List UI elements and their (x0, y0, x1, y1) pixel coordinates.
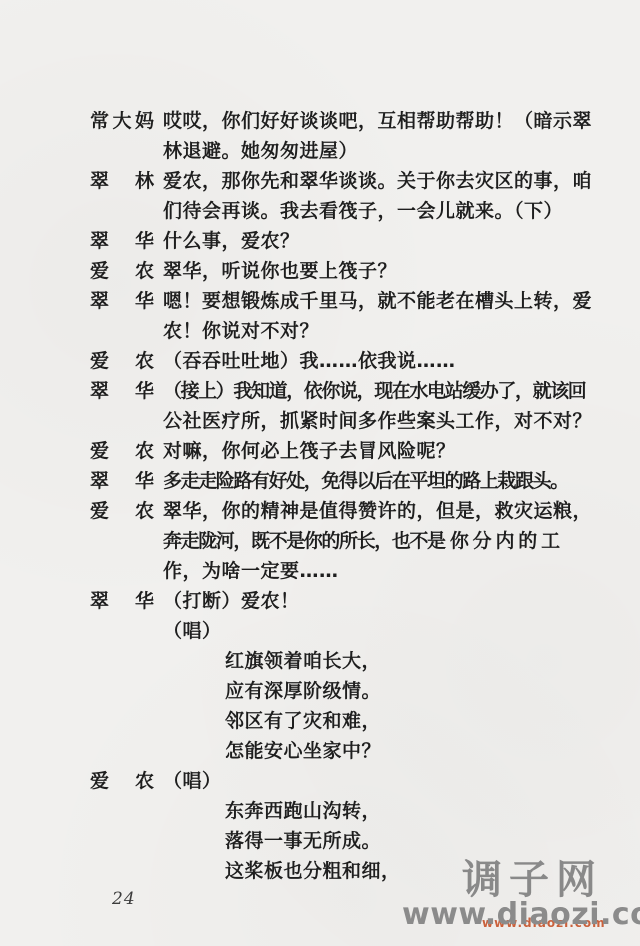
speaker-name: 翠林 (90, 166, 154, 196)
script-line: 爱农翠华，你的精神是值得赞许的，但是，救灾运粮， (90, 496, 600, 526)
speaker-name (90, 796, 154, 826)
script-line: （唱） (90, 616, 600, 646)
script-line: 红旗领着咱长大， (90, 646, 600, 676)
speaker-name: 常大妈 (90, 106, 154, 136)
speaker-name: 翠华 (90, 466, 154, 496)
script-line: 爱农（吞吞吐吐地）我……依我说…… (90, 346, 600, 376)
dialogue-text: 翠华，听说你也要上筏子？ (163, 256, 397, 286)
script-line: 翠华（打断）爱农！ (90, 586, 600, 616)
dialogue-text: 哎哎，你们好好谈谈吧，互相帮助帮助！（暗示翠 (163, 106, 592, 136)
speaker-name (90, 316, 154, 346)
script-line: 翠华嗯！要想锻炼成千里马，就不能老在槽头上转，爱 (90, 286, 600, 316)
watermark-site-url: www.diaozi.com (402, 897, 640, 932)
speaker-name (90, 856, 154, 886)
script-line: 奔走陇河，既不是你的所长，也不是 你 分 内 的 工 (90, 526, 600, 556)
dialogue-text: 嗯！要想锻炼成千里马，就不能老在槽头上转，爱 (163, 286, 592, 316)
speaker-name (90, 706, 154, 736)
speaker-name (90, 406, 154, 436)
speaker-name (90, 826, 154, 856)
script-line: 公社医疗所，抓紧时间多作些案头工作，对不对？ (90, 406, 600, 436)
dialogue-text: （吞吞吐吐地）我……依我说…… (163, 346, 456, 376)
script-line: 林退避。她匆匆进屋） (90, 136, 600, 166)
speaker-name (90, 196, 154, 226)
script-line: 应有深厚阶级情。 (90, 676, 600, 706)
speaker-name: 翠华 (90, 376, 154, 406)
script-lines: 常大妈哎哎，你们好好谈谈吧，互相帮助帮助！（暗示翠林退避。她匆匆进屋）翠林爱农，… (90, 106, 600, 886)
dialogue-text: 奔走陇河，既不是你的所长，也不是 你 分 内 的 工 (163, 526, 559, 556)
script-line: 邻区有了灾和难， (90, 706, 600, 736)
watermark-site-name: 调子网 (462, 858, 603, 902)
script-line: 翠华多走走险路有好处，免得以后在平坦的路上栽跟头。 (90, 466, 600, 496)
script-line: 爱农对嘛，你何必上筏子去冒风险呢？ (90, 436, 600, 466)
speaker-name: 翠华 (90, 586, 154, 616)
page-number: 24 (112, 889, 136, 909)
dialogue-text: （唱） (163, 766, 222, 796)
speaker-name (90, 646, 154, 676)
script-line: 落得一事无所成。 (90, 826, 600, 856)
speaker-name (90, 556, 154, 586)
script-line: 翠华（接上）我知道，依你说，现在水电站缓办了，就该回 (90, 376, 600, 406)
speaker-name: 爱农 (90, 766, 154, 796)
speaker-name (90, 526, 154, 556)
speaker-name (90, 616, 154, 646)
dialogue-text: （打断）爱农！ (163, 586, 300, 616)
script-line: 怎能安心坐家中？ (90, 736, 600, 766)
script-line: 东奔西跑山沟转， (90, 796, 600, 826)
speaker-name: 爱农 (90, 496, 154, 526)
script-line: 爱农翠华，听说你也要上筏子？ (90, 256, 600, 286)
script-line: 农！你说对不对？ (90, 316, 600, 346)
dialogue-text: 林退避。她匆匆进屋） (163, 136, 358, 166)
lyric-text: 东奔西跑山沟转， (163, 796, 381, 826)
speaker-name: 翠华 (90, 286, 154, 316)
dialogue-text: 农！你说对不对？ (163, 316, 319, 346)
speaker-name: 爱农 (90, 436, 154, 466)
scanned-page: 常大妈哎哎，你们好好谈谈吧，互相帮助帮助！（暗示翠林退避。她匆匆进屋）翠林爱农，… (0, 0, 640, 946)
lyric-text: 应有深厚阶级情。 (163, 676, 381, 706)
script-line: 们待会再谈。我去看筏子，一会儿就来。（下） (90, 196, 600, 226)
dialogue-text: 作，为啥一定要…… (163, 556, 339, 586)
speaker-name (90, 136, 154, 166)
dialogue-text: 公社医疗所，抓紧时间多作些案头工作，对不对？ (163, 406, 592, 436)
speaker-name (90, 676, 154, 706)
speaker-name: 翠华 (90, 226, 154, 256)
lyric-text: 这桨板也分粗和细， (163, 856, 401, 886)
dialogue-text: 什么事，爱农？ (163, 226, 300, 256)
script-line: 爱农（唱） (90, 766, 600, 796)
lyric-text: 怎能安心坐家中？ (163, 736, 381, 766)
dialogue-text: 翠华，你的精神是值得赞许的，但是，救灾运粮， (163, 496, 592, 526)
speaker-name: 爱农 (90, 256, 154, 286)
speaker-name: 爱农 (90, 346, 154, 376)
dialogue-text: （接上）我知道，依你说，现在水电站缓办了，就该回 (163, 376, 585, 406)
dialogue-text: 多走走险路有好处，免得以后在平坦的路上栽跟头。 (163, 466, 568, 496)
script-line: 常大妈哎哎，你们好好谈谈吧，互相帮助帮助！（暗示翠 (90, 106, 600, 136)
script-line: 翠华什么事，爱农？ (90, 226, 600, 256)
dialogue-text: （唱） (163, 616, 222, 646)
dialogue-text: 对嘛，你何必上筏子去冒风险呢？ (163, 436, 456, 466)
script-line: 作，为啥一定要…… (90, 556, 600, 586)
lyric-text: 邻区有了灾和难， (163, 706, 381, 736)
dialogue-text: 们待会再谈。我去看筏子，一会儿就来。（下） (163, 196, 563, 226)
speaker-name (90, 736, 154, 766)
dialogue-text: 爱农，那你先和翠华谈谈。关于你去灾区的事，咱 (163, 166, 592, 196)
lyric-text: 红旗领着咱长大， (163, 646, 381, 676)
lyric-text: 落得一事无所成。 (163, 826, 381, 856)
script-line: 翠林爱农，那你先和翠华谈谈。关于你去灾区的事，咱 (90, 166, 600, 196)
